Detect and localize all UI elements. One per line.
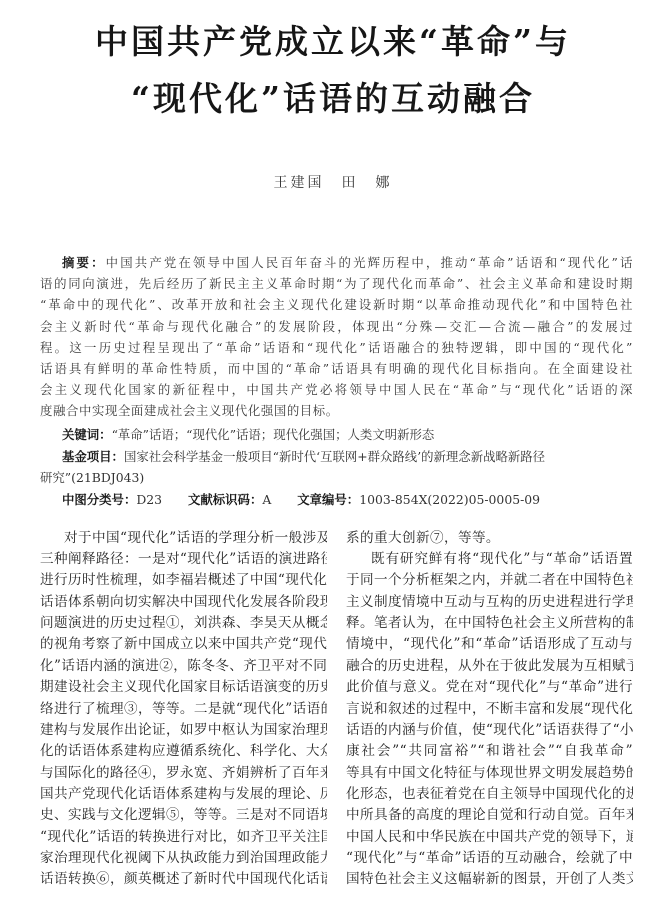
abstract-label: 摘要： — [62, 255, 106, 270]
body-left-line: 对于中国“现代化”话语的学理分析一般涉及 — [64, 528, 327, 549]
abstract-line: “革命中的现代化”、改革开放和社会主义现代化建设新时期“以革命推动现代化”和中国… — [40, 295, 633, 315]
body-left-line: 话语转换⑥，颜英概述了新时代中国现代化话语体 — [40, 869, 327, 890]
keywords-line: 关键词：“革命”话语；“现代化”话语；现代化强国；人类文明新形态 — [62, 425, 434, 445]
abstract-line: 话语具有鲜明的革命性特质，而中国的“革命”话语具有明确的现代化目标指向。在全面建… — [40, 359, 633, 379]
body-right-line: 既有研究鲜有将“现代化”与“革命”话语置 — [371, 549, 633, 570]
body-left-line: 话语体系朝向切实解决中国现代化发展各阶段现实 — [40, 592, 327, 613]
funding-value: 国家社会科学基金一般项目“新时代‘互联网+群众路线’的新理念新战略新路径 — [124, 449, 545, 464]
article-page: 中国共产党成立以来“革命”与 “现代化”话语的互动融合 王建国 田 娜 摘要：中… — [0, 0, 666, 898]
body-right-line: 话语的内涵与价值，使“现代化”话语获得了“小 — [346, 720, 633, 741]
body-right-line: 此价值与意义。党在对“现代化”与“革命”进行 — [346, 677, 633, 698]
body-left-line: 国共产党现代化话语体系建构与发展的理论、历 — [40, 784, 327, 805]
body-right-line: 等具有中国文化特征与体现世界文明发展趋势的具 — [346, 763, 633, 784]
abstract-line: 度融合中实现全面建成社会主义现代化强国的目标。 — [40, 401, 633, 421]
body-left-line: 史、实践与文化逻辑⑤，等等。三是对不同语境下 — [40, 805, 327, 826]
body-right-line: 融合的历史进程，从外在于彼此发展为互相赋予彼 — [346, 656, 633, 677]
abstract-line: 程。这一历史过程呈现出了“革命”话语和“现代化”话语融合的独特逻辑，即中国的“现… — [40, 338, 633, 358]
funding-line-continued: 研究”(21BDJ043) — [40, 468, 144, 488]
body-left-line: 络进行了梳理③，等等。二是就“现代化”话语的 — [40, 699, 327, 720]
doc-code-value: A — [262, 492, 271, 507]
keywords-label: 关键词： — [62, 427, 112, 442]
body-right-line: 化形态，也表征着党在自主领导中国现代化的进程 — [346, 784, 633, 805]
funding-line: 基金项目：国家社会科学基金一般项目“新时代‘互联网+群众路线’的新理念新战略新路… — [62, 447, 545, 467]
body-right-line: 康社会”“共同富裕”“和谐社会”“自我革命” — [346, 741, 633, 762]
body-right-line: “现代化”与“革命”话语的互动融合，绘就了中 — [346, 848, 633, 869]
abstract-line: 语的同向演进，先后经历了新民主主义革命时期“为了现代化而革命”、社会主义革命和建… — [40, 274, 633, 294]
doc-code-group: 文献标识码：A — [188, 490, 271, 510]
body-left-line: 与国际化的路径④，罗永宽、齐娟辨析了百年来中 — [40, 763, 327, 784]
body-left-line: 三种阐释路径：一是对“现代化”话语的演进路径 — [40, 549, 327, 570]
body-left-line: 化”话语内涵的演进②，陈冬冬、齐卫平对不同时 — [40, 656, 327, 677]
abstract-line: 摘要：中国共产党在领导中国人民百年奋斗的光辉历程中，推动“革命”话语和“现代化”… — [62, 253, 633, 273]
body-left-line: 期建设社会主义现代化国家目标话语演变的历史脉 — [40, 677, 327, 698]
clc-group: 中图分类号：D23 — [62, 490, 162, 510]
article-title-line-1: 中国共产党成立以来“革命”与 — [0, 22, 666, 62]
body-right-line: 情境中，“现代化”和“革命”话语形成了互动与 — [346, 634, 633, 655]
body-right-line: 主义制度情境中互动与互构的历史进程进行学理阐 — [346, 592, 633, 613]
body-right-line: 系的重大创新⑦，等等。 — [346, 528, 633, 549]
abstract-line: 会主义现代化国家的新征程中，中国共产党必将领导中国人民在“革命”与“现代化”话语… — [40, 380, 633, 400]
article-no-value: 1003-854X(2022)05-0005-09 — [359, 492, 540, 507]
body-right-line: 言说和叙述的过程中，不断丰富和发展“现代化” — [346, 699, 633, 720]
body-right-line: 中所具备的高度的理论自觉和行动自觉。百年来， — [346, 805, 633, 826]
article-authors: 王建国 田 娜 — [0, 172, 666, 192]
article-no-group: 文章编号：1003-854X(2022)05-0005-09 — [297, 490, 540, 510]
body-left-line: 进行历时性梳理，如李福岩概述了中国“现代化” — [40, 570, 327, 591]
body-right-line: 释。笔者认为，在中国特色社会主义所营构的制度 — [346, 613, 633, 634]
classification-line: 中图分类号：D23 文献标识码：A 文章编号：1003-854X(2022)05… — [62, 490, 562, 510]
body-right-line: 中国人民和中华民族在中国共产党的领导下，通过 — [346, 827, 633, 848]
abstract-line: 会主义新时代“革命与现代化融合”的发展阶段，体现出“分殊—交汇—合流—融合”的发… — [40, 317, 633, 337]
body-left-line: 的视角考察了新中国成立以来中国共产党“现代 — [40, 634, 327, 655]
clc-label: 中图分类号： — [62, 492, 136, 507]
clc-value: D23 — [136, 492, 162, 507]
body-left-line: “现代化”话语的转换进行对比，如齐卫平关注国 — [40, 827, 327, 848]
article-no-label: 文章编号： — [297, 492, 359, 507]
article-title-line-2: “现代化”话语的互动融合 — [0, 79, 666, 119]
funding-label: 基金项目： — [62, 449, 124, 464]
body-left-line: 问题演进的历史过程①，刘洪森、李昊天从概念史 — [40, 613, 327, 634]
body-left-line: 建构与发展作出论证，如罗中枢认为国家治理现代 — [40, 720, 327, 741]
body-left-line: 家治理现代化视阈下从执政能力到治国理政能力的 — [40, 848, 327, 869]
body-left-line: 化的话语体系建构应遵循系统化、科学化、大众化 — [40, 741, 327, 762]
keywords-value: “革命”话语；“现代化”话语；现代化强国；人类文明新形态 — [112, 427, 435, 442]
body-right-line: 国特色社会主义这幅崭新的图景，开创了人类文明 — [346, 869, 633, 890]
body-right-line: 于同一个分析框架之内，并就二者在中国特色社会 — [346, 570, 633, 591]
doc-code-label: 文献标识码： — [188, 492, 262, 507]
